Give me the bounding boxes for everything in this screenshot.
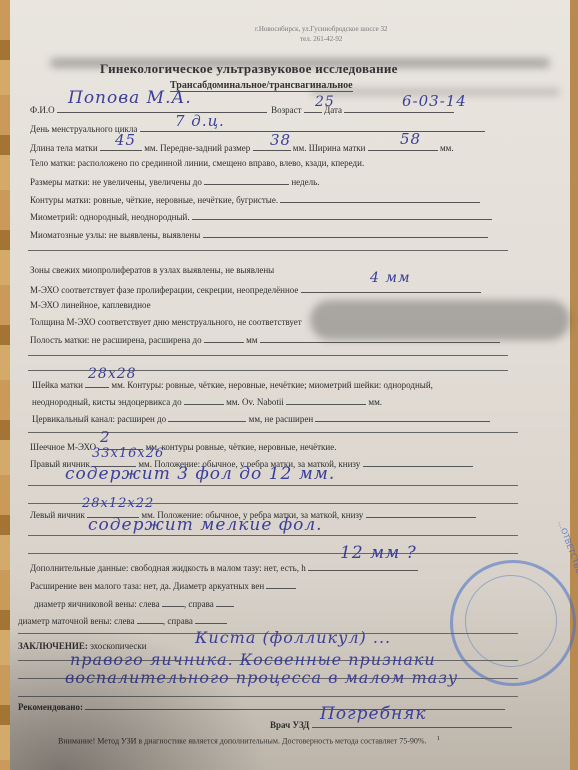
ultrasound-report-form: г.Новосибирск, ул.Гусинобродское шоссе 3… <box>10 0 570 770</box>
footer-note: Внимание! Метод УЗИ в диагностике являет… <box>58 735 440 746</box>
blank-line <box>28 535 518 536</box>
cycle-day-value[interactable]: 7 д.ц. <box>175 112 225 130</box>
right-ovary-value[interactable]: 33х16х26 <box>92 446 164 461</box>
cervix-value[interactable]: 28х28 <box>88 366 137 382</box>
uterus-contours: Контуры матки: ровные, чёткие, неровные,… <box>30 193 480 205</box>
blank-line <box>18 696 518 697</box>
cervical-m-echo-value[interactable]: 2 <box>100 428 111 446</box>
age-value[interactable]: 25 <box>315 94 335 110</box>
uterus-width-value[interactable]: 58 <box>400 130 421 148</box>
form-subtitle: Трансабдоминальное/трансвагинальное <box>170 80 353 92</box>
uterus-position: Тело матки: расположено по срединной лин… <box>30 158 364 168</box>
blank-line <box>28 355 508 356</box>
myoma-nodes: Миоматозные узлы: не выявлены, выявлены <box>30 228 488 240</box>
uterus-length-value[interactable]: 45 <box>115 131 136 149</box>
recommended-label: Рекомендовано: <box>18 702 83 712</box>
page-number: 1 <box>437 735 440 742</box>
endocervix-cysts: неоднородный, кисты эндоцервикса до мм. … <box>32 395 382 407</box>
m-echo-shape: М-ЭХО линейное, каплевидное <box>30 300 151 310</box>
cervical-canal: Цервикальный канал: расширен до мм, не р… <box>32 412 490 424</box>
date-value[interactable]: 6-03-14 <box>402 92 467 110</box>
right-ovary-note[interactable]: содержит 3 фол до 12 мм. <box>65 464 335 484</box>
ovarian-vein-row: диаметр яичниковой вены: слева , справа <box>34 597 234 609</box>
myoproliferate-zones: Зоны свежих миопролифератов в узлах выяв… <box>30 265 274 275</box>
conclusion-line-1[interactable]: Киста (фолликул) ... <box>195 628 391 647</box>
fio-label: Ф.И.О <box>30 105 55 115</box>
left-ovary-value[interactable]: 28х12х22 <box>82 496 154 511</box>
cervical-m-echo: Шеечное М-ЭХО мм, контуры ровные, чёткие… <box>30 440 336 452</box>
doctor-signature: Погребняк <box>320 704 427 724</box>
blank-line <box>28 553 518 554</box>
age-label: Возраст <box>271 105 301 115</box>
clinic-stamp: ...ОТВЕТСТВЕННОСТЬЮ ... МЕД ... НОВОСИБИ… <box>450 560 576 686</box>
uterus-size-row: Длина тела матки мм. Передне-задний разм… <box>30 141 454 153</box>
m-echo-thickness: Толщина М-ЭХО соответствует дню менструа… <box>30 317 302 327</box>
uterus-size-weeks: Размеры матки: не увеличены, увеличены д… <box>30 175 319 187</box>
m-echo-phase: М-ЭХО соответствует фазе пролиферации, с… <box>30 283 481 295</box>
blank-line <box>28 485 518 486</box>
free-fluid-value[interactable]: 12 мм ? <box>340 543 417 563</box>
clinic-address: г.Новосибирск, ул.Гусинобродское шоссе 3… <box>255 24 388 44</box>
conclusion-line-2[interactable]: правого яичника. Косвенные признаки <box>70 650 436 669</box>
blank-line <box>28 250 508 251</box>
left-ovary-note[interactable]: содержит мелкие фол. <box>88 515 323 535</box>
m-echo-phase-value[interactable]: 4 мм <box>370 270 411 286</box>
recommended-row: Рекомендовано: <box>18 700 505 712</box>
uterus-ap-value[interactable]: 38 <box>270 131 291 149</box>
form-title: Гинекологическое ультразвуковое исследов… <box>100 61 398 77</box>
uterine-vein-row: диаметр маточной вены: слева , справа <box>18 614 227 626</box>
pelvic-veins-row: Расширение вен малого таза: нет, да. Диа… <box>30 579 296 591</box>
myometrium: Миометрий: однородный, неоднородный. <box>30 210 492 222</box>
conclusion-line-3[interactable]: воспалительного процесса в малом тазу <box>65 668 458 687</box>
fio-value[interactable]: Попова М.А. <box>68 88 192 108</box>
uterine-cavity: Полость матки: не расширена, расширена д… <box>30 333 500 345</box>
